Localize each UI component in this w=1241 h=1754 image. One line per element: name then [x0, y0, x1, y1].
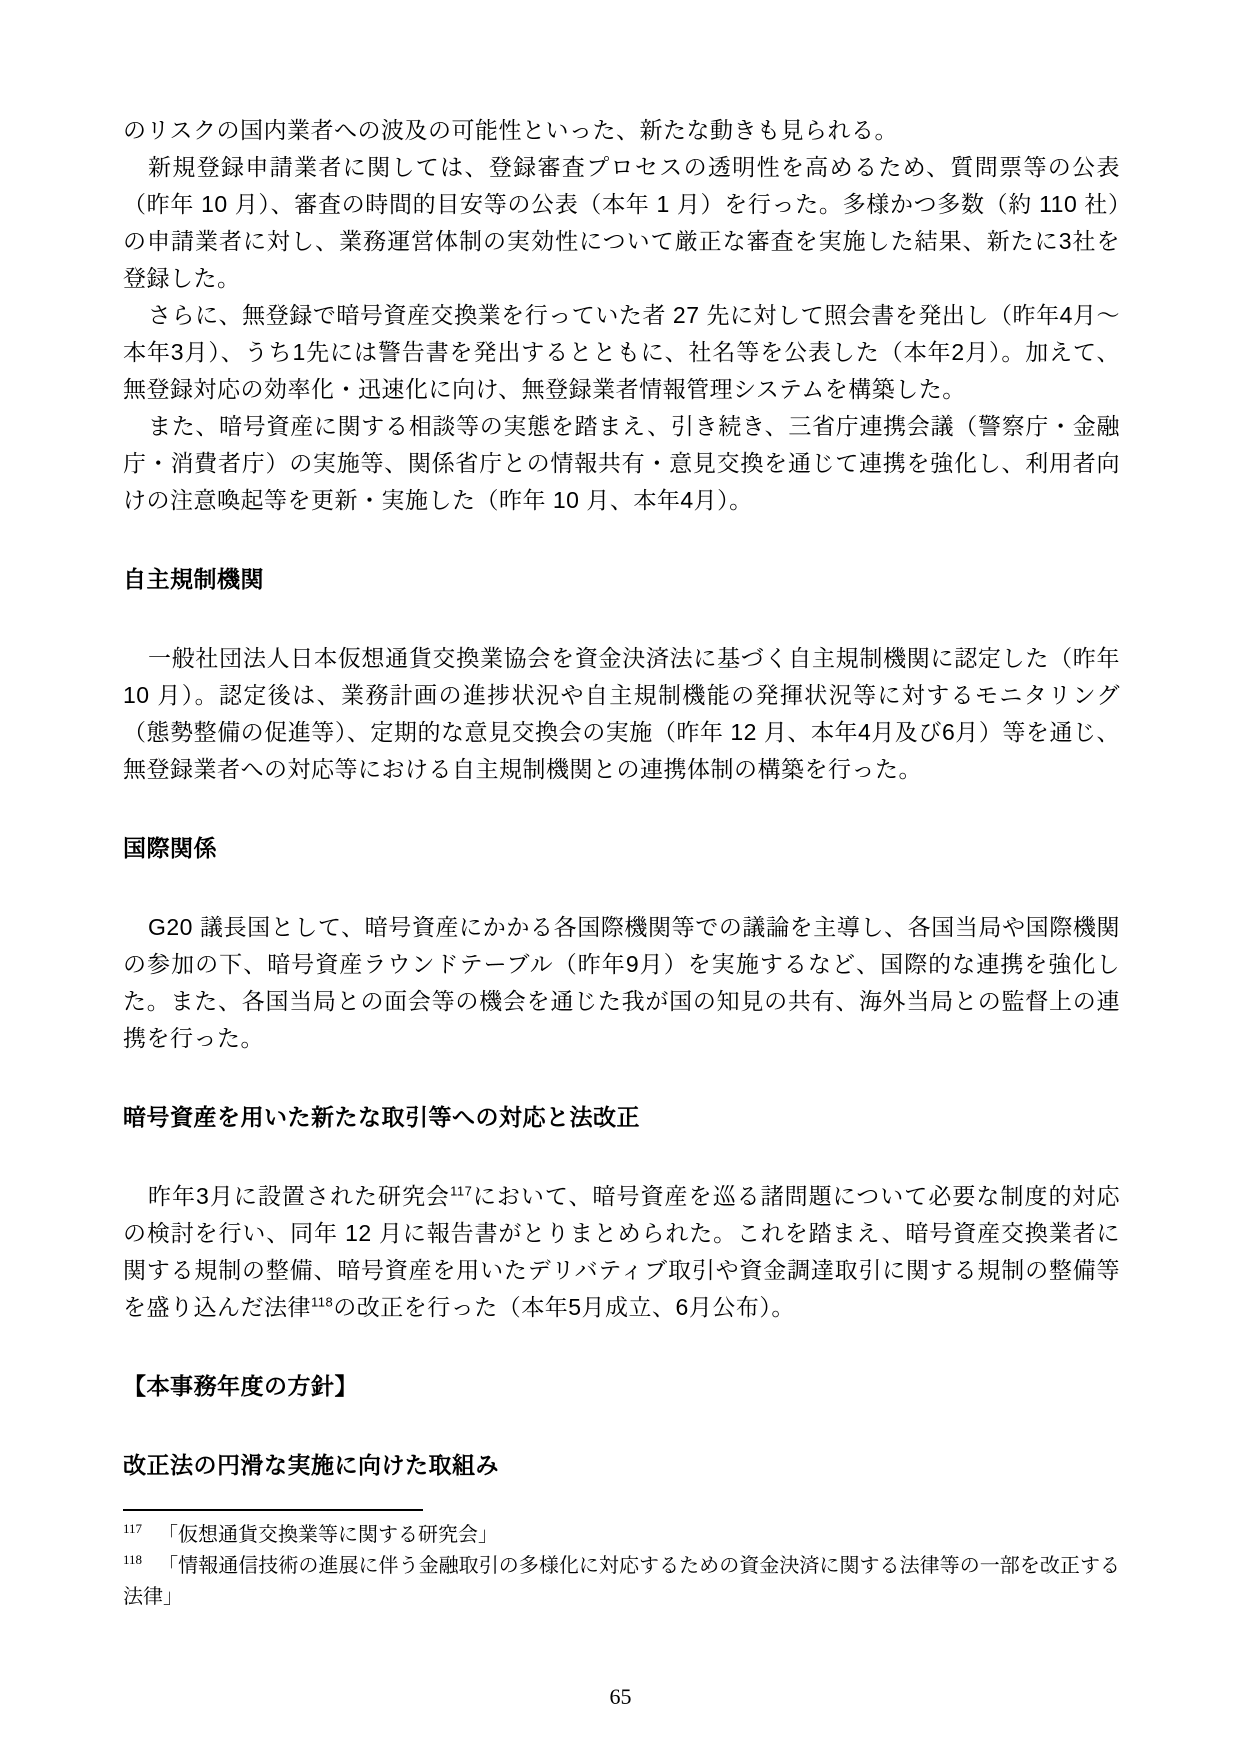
text-segment: の改正を行った（本年5月成立、6月公布）。: [333, 1294, 795, 1320]
footnote-118: 118「情報通信技術の進展に伴う金融取引の多様化に対応するための資金決済に関する…: [123, 1551, 1120, 1613]
footnote-marker: 118: [123, 1552, 142, 1567]
paragraph-g20: G20 議長国として、暗号資産にかかる各国際機関等での議論を主導し、各国当局や国…: [123, 909, 1120, 1057]
section-heading-current-year-policy: 【本事務年度の方針】: [123, 1368, 1120, 1405]
paragraph-three-agency-meeting: また、暗号資産に関する相談等の実態を踏まえ、引き続き、三省庁連携会議（警察庁・金…: [123, 408, 1120, 519]
footnote-text: 「仮想通貨交換業等に関する研究会」: [158, 1524, 498, 1546]
footnote-marker: 117: [123, 1521, 142, 1536]
document-page: のリスクの国内業者への波及の可能性といった、新たな動きも見られる。 新規登録申請…: [0, 0, 1241, 1754]
page-number: 65: [0, 1684, 1241, 1710]
footnote-ref-118: 118: [311, 1294, 333, 1309]
paragraph-law-revision: 昨年3月に設置された研究会117において、暗号資産を巡る諸問題について必要な制度…: [123, 1178, 1120, 1326]
footnote-text: 「情報通信技術の進展に伴う金融取引の多様化に対応するための資金決済に関する法律等…: [123, 1555, 1120, 1608]
footnotes-section: 117「仮想通貨交換業等に関する研究会」 118「情報通信技術の進展に伴う金融取…: [123, 1509, 1120, 1613]
paragraph-new-registrations: 新規登録申請業者に関しては、登録審査プロセスの透明性を高めるため、質問票等の公表…: [123, 149, 1120, 297]
section-heading-new-transactions-law-revision: 暗号資産を用いた新たな取引等への対応と法改正: [123, 1099, 1120, 1136]
paragraph-self-regulation: 一般社団法人日本仮想通貨交換業協会を資金決済法に基づく自主規制機関に認定した（昨…: [123, 640, 1120, 788]
section-heading-international-relations: 国際関係: [123, 830, 1120, 867]
footnote-117: 117「仮想通貨交換業等に関する研究会」: [123, 1520, 1120, 1551]
page-content: のリスクの国内業者への波及の可能性といった、新たな動きも見られる。 新規登録申請…: [123, 112, 1120, 1526]
paragraph-unregistered-operators: さらに、無登録で暗号資産交換業を行っていた者 27 先に対して照会書を発出し（昨…: [123, 297, 1120, 408]
footnote-separator: [123, 1509, 423, 1511]
paragraph-continuation: のリスクの国内業者への波及の可能性といった、新たな動きも見られる。: [123, 112, 1120, 149]
section-heading-smooth-implementation: 改正法の円滑な実施に向けた取組み: [123, 1447, 1120, 1484]
section-heading-self-regulation: 自主規制機関: [123, 561, 1120, 598]
text-segment: 昨年3月に設置された研究会: [148, 1183, 450, 1209]
footnote-ref-117: 117: [450, 1183, 472, 1198]
